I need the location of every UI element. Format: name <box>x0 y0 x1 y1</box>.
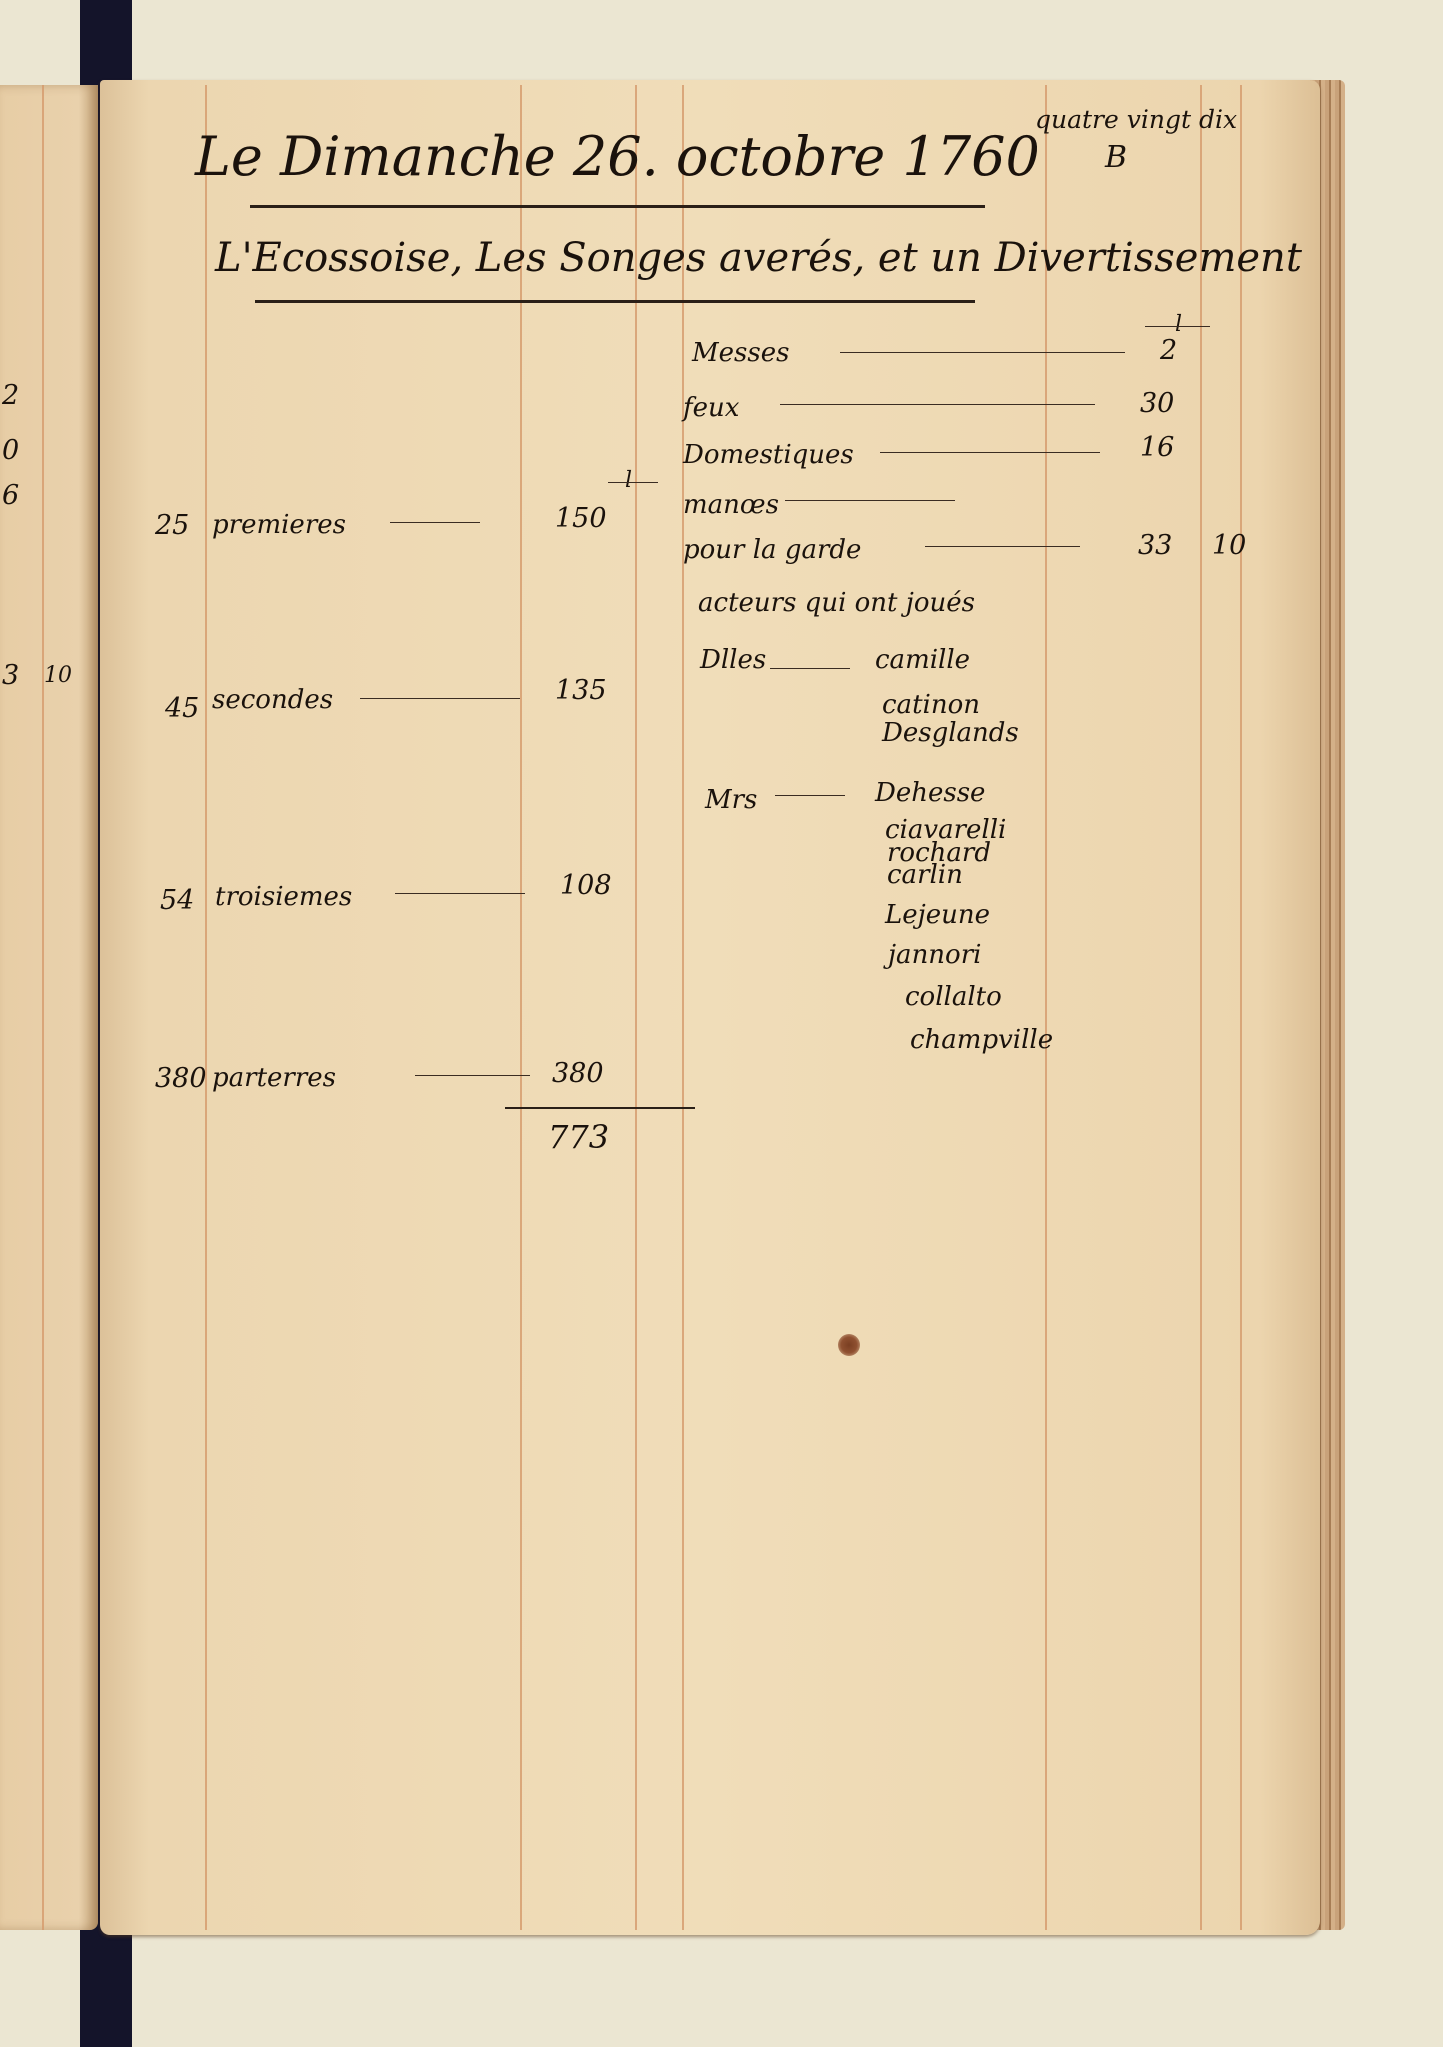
left-page: 2 0 6 3 10 <box>0 85 98 1930</box>
heading-underline <box>250 205 985 208</box>
actresses-label: Dlles <box>700 645 766 675</box>
expense-label: pour la garde <box>683 535 861 565</box>
left-fragment-3: 6 <box>2 480 19 511</box>
rule-count <box>205 85 207 1930</box>
left-fragment-4: 3 <box>2 660 19 691</box>
receipt-currency-mark: l <box>625 468 632 493</box>
receipt-label: premieres <box>212 510 346 540</box>
receipt-amount: 150 <box>555 503 607 534</box>
receipt-amount: 108 <box>560 870 612 901</box>
receipt-leader <box>415 1075 530 1076</box>
expense-label: feux <box>683 393 739 423</box>
receipt-currency-rule <box>608 482 658 483</box>
folio-number-words: quatre vingt dix <box>1035 105 1237 134</box>
expense-leader <box>785 500 955 501</box>
rule-expense-sols <box>1045 85 1047 1930</box>
actor-name: Lejeune <box>885 900 990 930</box>
receipt-leader <box>395 893 525 894</box>
receipt-count: 380 <box>155 1063 207 1094</box>
actress-name: camille <box>875 645 970 675</box>
expense-label: Domestiques <box>683 440 854 470</box>
receipt-count: 54 <box>160 885 194 916</box>
left-fragment-1: 2 <box>2 380 19 411</box>
receipt-count: 25 <box>155 510 189 541</box>
expense-livres: 30 <box>1140 388 1174 419</box>
program-title: L'Ecossoise, Les Songes averés, et un Di… <box>215 235 1302 281</box>
expense-livres: 33 <box>1138 530 1172 561</box>
total-rule <box>505 1107 695 1109</box>
date-heading: Le Dimanche 26. octobre 1760 <box>195 125 1040 188</box>
actor-name: collalto <box>905 982 1002 1012</box>
left-fragment-extra: 10 <box>44 663 72 688</box>
ink-stain <box>838 1334 860 1356</box>
rule-right <box>1200 85 1202 1930</box>
expense-sols: 10 <box>1212 530 1246 561</box>
actor-name: jannori <box>888 940 981 970</box>
receipt-amount: 135 <box>555 675 607 706</box>
actor-name: carlin <box>887 860 963 890</box>
expense-livres: 2 <box>1160 335 1177 366</box>
expense-currency-rule <box>1145 326 1210 327</box>
program-underline <box>255 300 975 303</box>
receipt-label: troisiemes <box>215 882 352 912</box>
receipt-label: parterres <box>212 1063 336 1093</box>
receipt-label: secondes <box>212 685 333 715</box>
actors-heading: acteurs qui ont joués <box>698 588 975 618</box>
expense-leader <box>880 452 1100 453</box>
expense-leader <box>840 352 1125 353</box>
rule-expense-amount <box>682 85 684 1930</box>
left-fragment-2: 0 <box>2 435 19 466</box>
expense-leader <box>925 546 1080 547</box>
left-rule <box>42 85 44 1930</box>
actresses-leader <box>770 668 850 669</box>
actor-name: Dehesse <box>875 778 985 808</box>
rule-margin <box>1240 85 1242 1930</box>
actors-leader <box>775 795 845 796</box>
actress-name: Desglands <box>882 718 1019 748</box>
expense-label: manœs <box>683 490 779 520</box>
rule-amount-end <box>635 85 637 1930</box>
receipt-count: 45 <box>165 693 199 724</box>
expense-livres: 16 <box>1140 432 1174 463</box>
expense-currency-mark: l <box>1175 312 1182 337</box>
actor-name: champville <box>910 1025 1053 1055</box>
receipt-leader <box>360 698 520 699</box>
actress-name: catinon <box>882 690 980 720</box>
actors-label: Mrs <box>705 785 757 815</box>
receipt-total: 773 <box>548 1118 609 1156</box>
receipt-leader <box>390 522 480 523</box>
folio-mark: B <box>1105 140 1127 175</box>
expense-leader <box>780 404 1095 405</box>
rule-amount <box>520 85 522 1930</box>
expense-label: Messes <box>692 338 789 368</box>
receipt-amount: 380 <box>552 1058 604 1089</box>
